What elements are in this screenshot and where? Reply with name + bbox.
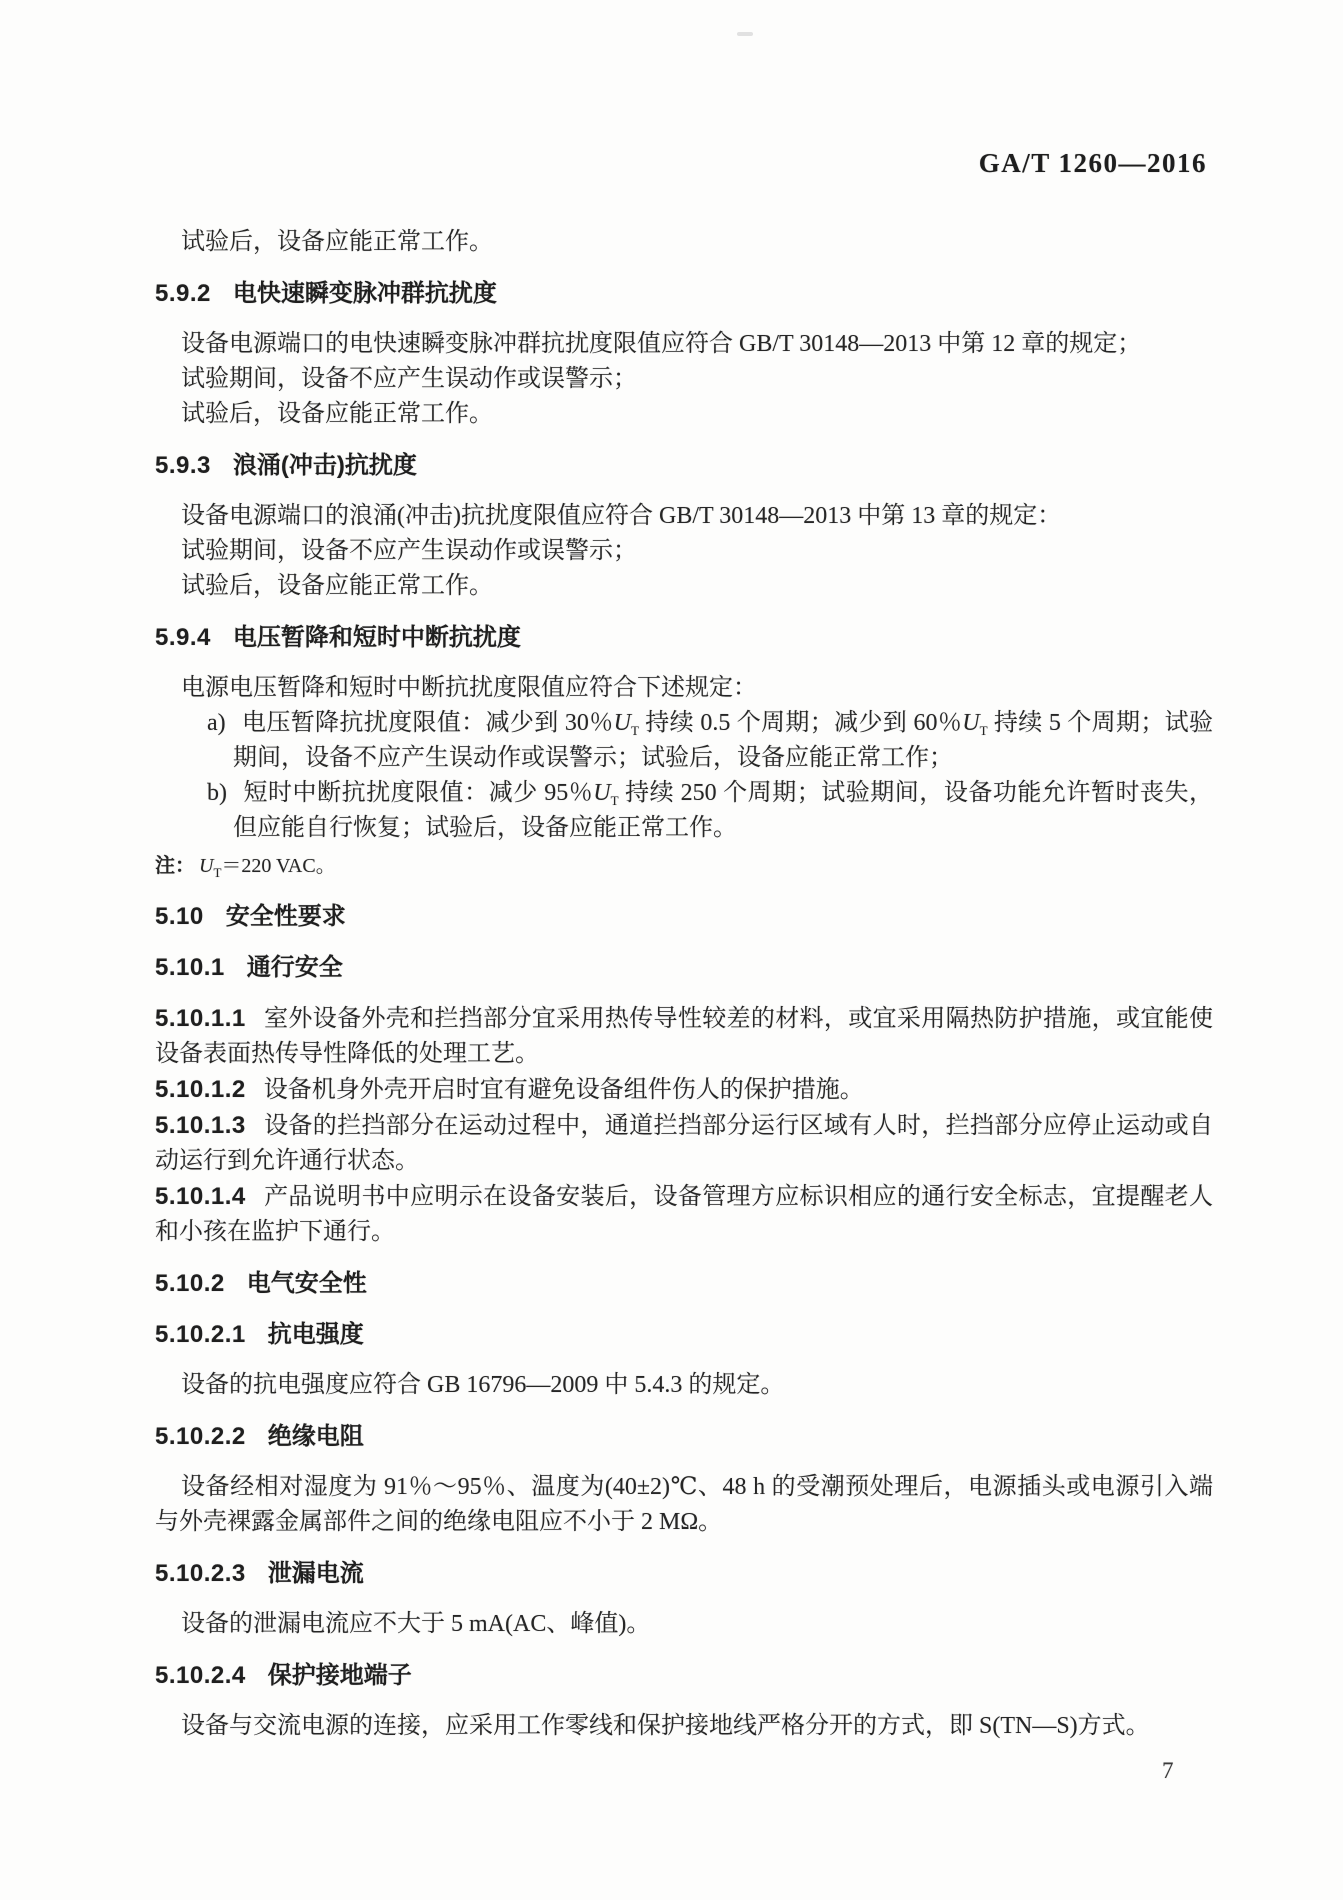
clause-number: 5.10 xyxy=(155,903,204,930)
clause-title: 泄漏电流 xyxy=(268,1560,364,1587)
section-heading: 5.10.2电气安全性 xyxy=(155,1266,1213,1301)
paragraph-text: 设备的泄漏电流应不大于 5 mA(AC、峰值)。 xyxy=(181,1611,650,1637)
clause-title: 电气安全性 xyxy=(247,1270,367,1297)
paragraph-text: 试验期间，设备不应产生误动作或误警示； xyxy=(181,366,637,392)
paragraph: 设备的抗电强度应符合 GB 16796—2009 中 5.4.3 的规定。 xyxy=(155,1368,1213,1403)
clause-number: 5.10.1.3 xyxy=(155,1112,246,1139)
clause-title: 保护接地端子 xyxy=(268,1662,412,1689)
list-label: b) xyxy=(207,780,227,806)
numbered-paragraph: 5.10.1.4产品说明书中应明示在设备安装后，设备管理方应标识相应的通行安全标… xyxy=(155,1179,1213,1250)
clause-number: 5.10.1.1 xyxy=(155,1005,246,1032)
section-heading: 5.9.2电快速瞬变脉冲群抗扰度 xyxy=(155,276,1213,311)
clause-title: 通行安全 xyxy=(247,954,343,981)
numbered-paragraph: 5.10.1.1室外设备外壳和拦挡部分宜采用热传导性较差的材料，或宜采用隔热防护… xyxy=(155,1001,1213,1072)
list-text: 电压暂降抗扰度限值：减少到 30％UT 持续 0.5 个周期；减少到 60％UT… xyxy=(233,710,1213,771)
document-body: 试验后，设备应能正常工作。5.9.2电快速瞬变脉冲群抗扰度设备电源端口的电快速瞬… xyxy=(155,225,1213,1744)
clause-title: 浪涌(冲击)抗扰度 xyxy=(233,452,417,479)
clause-title: 抗电强度 xyxy=(268,1321,364,1348)
section-heading: 5.9.4电压暂降和短时中断抗扰度 xyxy=(155,620,1213,655)
list-text: 短时中断抗扰度限值：减少 95％UT 持续 250 个周期；试验期间，设备功能允… xyxy=(233,780,1213,841)
note-label: 注： xyxy=(155,855,195,877)
note-line: 注：UT＝220 VAC。 xyxy=(155,850,1213,883)
paragraph: 设备经相对湿度为 91％～95％、温度为(40±2)℃、48 h 的受潮预处理后… xyxy=(155,1470,1213,1540)
numbered-paragraph: 5.10.1.2设备机身外壳开启时宜有避免设备组件伤人的保护措施。 xyxy=(155,1072,1213,1108)
paragraph: 设备电源端口的浪涌(冲击)抗扰度限值应符合 GB/T 30148—2013 中第… xyxy=(155,499,1213,534)
clause-number: 5.10.1 xyxy=(155,954,225,981)
paragraph: 试验后，设备应能正常工作。 xyxy=(155,397,1213,432)
section-heading: 5.10安全性要求 xyxy=(155,899,1213,934)
clause-title: 绝缘电阻 xyxy=(268,1423,364,1450)
list-item: a)电压暂降抗扰度限值：减少到 30％UT 持续 0.5 个周期；减少到 60％… xyxy=(155,706,1213,776)
numbered-paragraph: 5.10.1.3设备的拦挡部分在运动过程中，通道拦挡部分运行区域有人时，拦挡部分… xyxy=(155,1108,1213,1179)
clause-title: 电压暂降和短时中断抗扰度 xyxy=(233,624,521,651)
clause-number: 5.10.2.3 xyxy=(155,1560,246,1587)
paragraph: 试验期间，设备不应产生误动作或误警示； xyxy=(155,534,1213,569)
clause-number: 5.10.1.2 xyxy=(155,1076,246,1103)
note-text: UT＝220 VAC。 xyxy=(199,855,336,877)
paragraph-text: 设备的抗电强度应符合 GB 16796—2009 中 5.4.3 的规定。 xyxy=(181,1372,784,1398)
clause-text: 室外设备外壳和拦挡部分宜采用热传导性较差的材料，或宜采用隔热防护措施，或宜能使设… xyxy=(155,1006,1213,1067)
section-heading: 5.10.1通行安全 xyxy=(155,950,1213,985)
section-heading: 5.10.2.4保护接地端子 xyxy=(155,1658,1213,1693)
paragraph-text: 设备电源端口的浪涌(冲击)抗扰度限值应符合 GB/T 30148—2013 中第… xyxy=(181,503,1061,529)
clause-number: 5.10.2.2 xyxy=(155,1423,246,1450)
paragraph-text: 试验后，设备应能正常工作。 xyxy=(181,573,493,599)
list-item: b)短时中断抗扰度限值：减少 95％UT 持续 250 个周期；试验期间，设备功… xyxy=(155,776,1213,846)
page-number: 7 xyxy=(1162,1758,1174,1784)
paragraph: 试验期间，设备不应产生误动作或误警示； xyxy=(155,362,1213,397)
clause-text: 设备的拦挡部分在运动过程中，通道拦挡部分运行区域有人时，拦挡部分应停止运动或自动… xyxy=(155,1113,1213,1174)
paragraph: 试验后，设备应能正常工作。 xyxy=(155,225,1213,260)
paragraph: 电源电压暂降和短时中断抗扰度限值应符合下述规定： xyxy=(155,671,1213,706)
paragraph: 设备电源端口的电快速瞬变脉冲群抗扰度限值应符合 GB/T 30148—2013 … xyxy=(155,327,1213,362)
paragraph-text: 电源电压暂降和短时中断抗扰度限值应符合下述规定： xyxy=(181,675,757,701)
clause-number: 5.9.2 xyxy=(155,280,211,307)
paragraph-text: 设备电源端口的电快速瞬变脉冲群抗扰度限值应符合 GB/T 30148—2013 … xyxy=(181,331,1141,357)
paragraph: 设备与交流电源的连接，应采用工作零线和保护接地线严格分开的方式，即 S(TN—S… xyxy=(155,1709,1213,1744)
list-label: a) xyxy=(207,710,226,736)
document-page: GA/T 1260—2016 试验后，设备应能正常工作。5.9.2电快速瞬变脉冲… xyxy=(0,0,1343,1900)
clause-text: 产品说明书中应明示在设备安装后，设备管理方应标识相应的通行安全标志，宜提醒老人和… xyxy=(155,1184,1213,1245)
paragraph: 设备的泄漏电流应不大于 5 mA(AC、峰值)。 xyxy=(155,1607,1213,1642)
clause-title: 电快速瞬变脉冲群抗扰度 xyxy=(233,280,497,307)
paragraph: 试验后，设备应能正常工作。 xyxy=(155,569,1213,604)
paragraph-text: 试验后，设备应能正常工作。 xyxy=(181,229,493,255)
clause-number: 5.10.2.4 xyxy=(155,1662,246,1689)
paragraph-text: 设备经相对湿度为 91％～95％、温度为(40±2)℃、48 h 的受潮预处理后… xyxy=(155,1474,1213,1535)
document-code: GA/T 1260—2016 xyxy=(979,148,1207,179)
section-heading: 5.9.3浪涌(冲击)抗扰度 xyxy=(155,448,1213,483)
clause-number: 5.10.2 xyxy=(155,1270,225,1297)
clause-number: 5.9.3 xyxy=(155,452,211,479)
paragraph-text: 试验期间，设备不应产生误动作或误警示； xyxy=(181,538,637,564)
scan-smudge xyxy=(737,32,753,36)
clause-text: 设备机身外壳开启时宜有避免设备组件伤人的保护措施。 xyxy=(264,1077,864,1103)
section-heading: 5.10.2.3泄漏电流 xyxy=(155,1556,1213,1591)
section-heading: 5.10.2.1抗电强度 xyxy=(155,1317,1213,1352)
paragraph-text: 设备与交流电源的连接，应采用工作零线和保护接地线严格分开的方式，即 S(TN—S… xyxy=(181,1713,1150,1739)
paragraph-text: 试验后，设备应能正常工作。 xyxy=(181,401,493,427)
section-heading: 5.10.2.2绝缘电阻 xyxy=(155,1419,1213,1454)
clause-number: 5.10.1.4 xyxy=(155,1183,246,1210)
clause-title: 安全性要求 xyxy=(226,903,346,930)
clause-number: 5.9.4 xyxy=(155,624,211,651)
clause-number: 5.10.2.1 xyxy=(155,1321,246,1348)
